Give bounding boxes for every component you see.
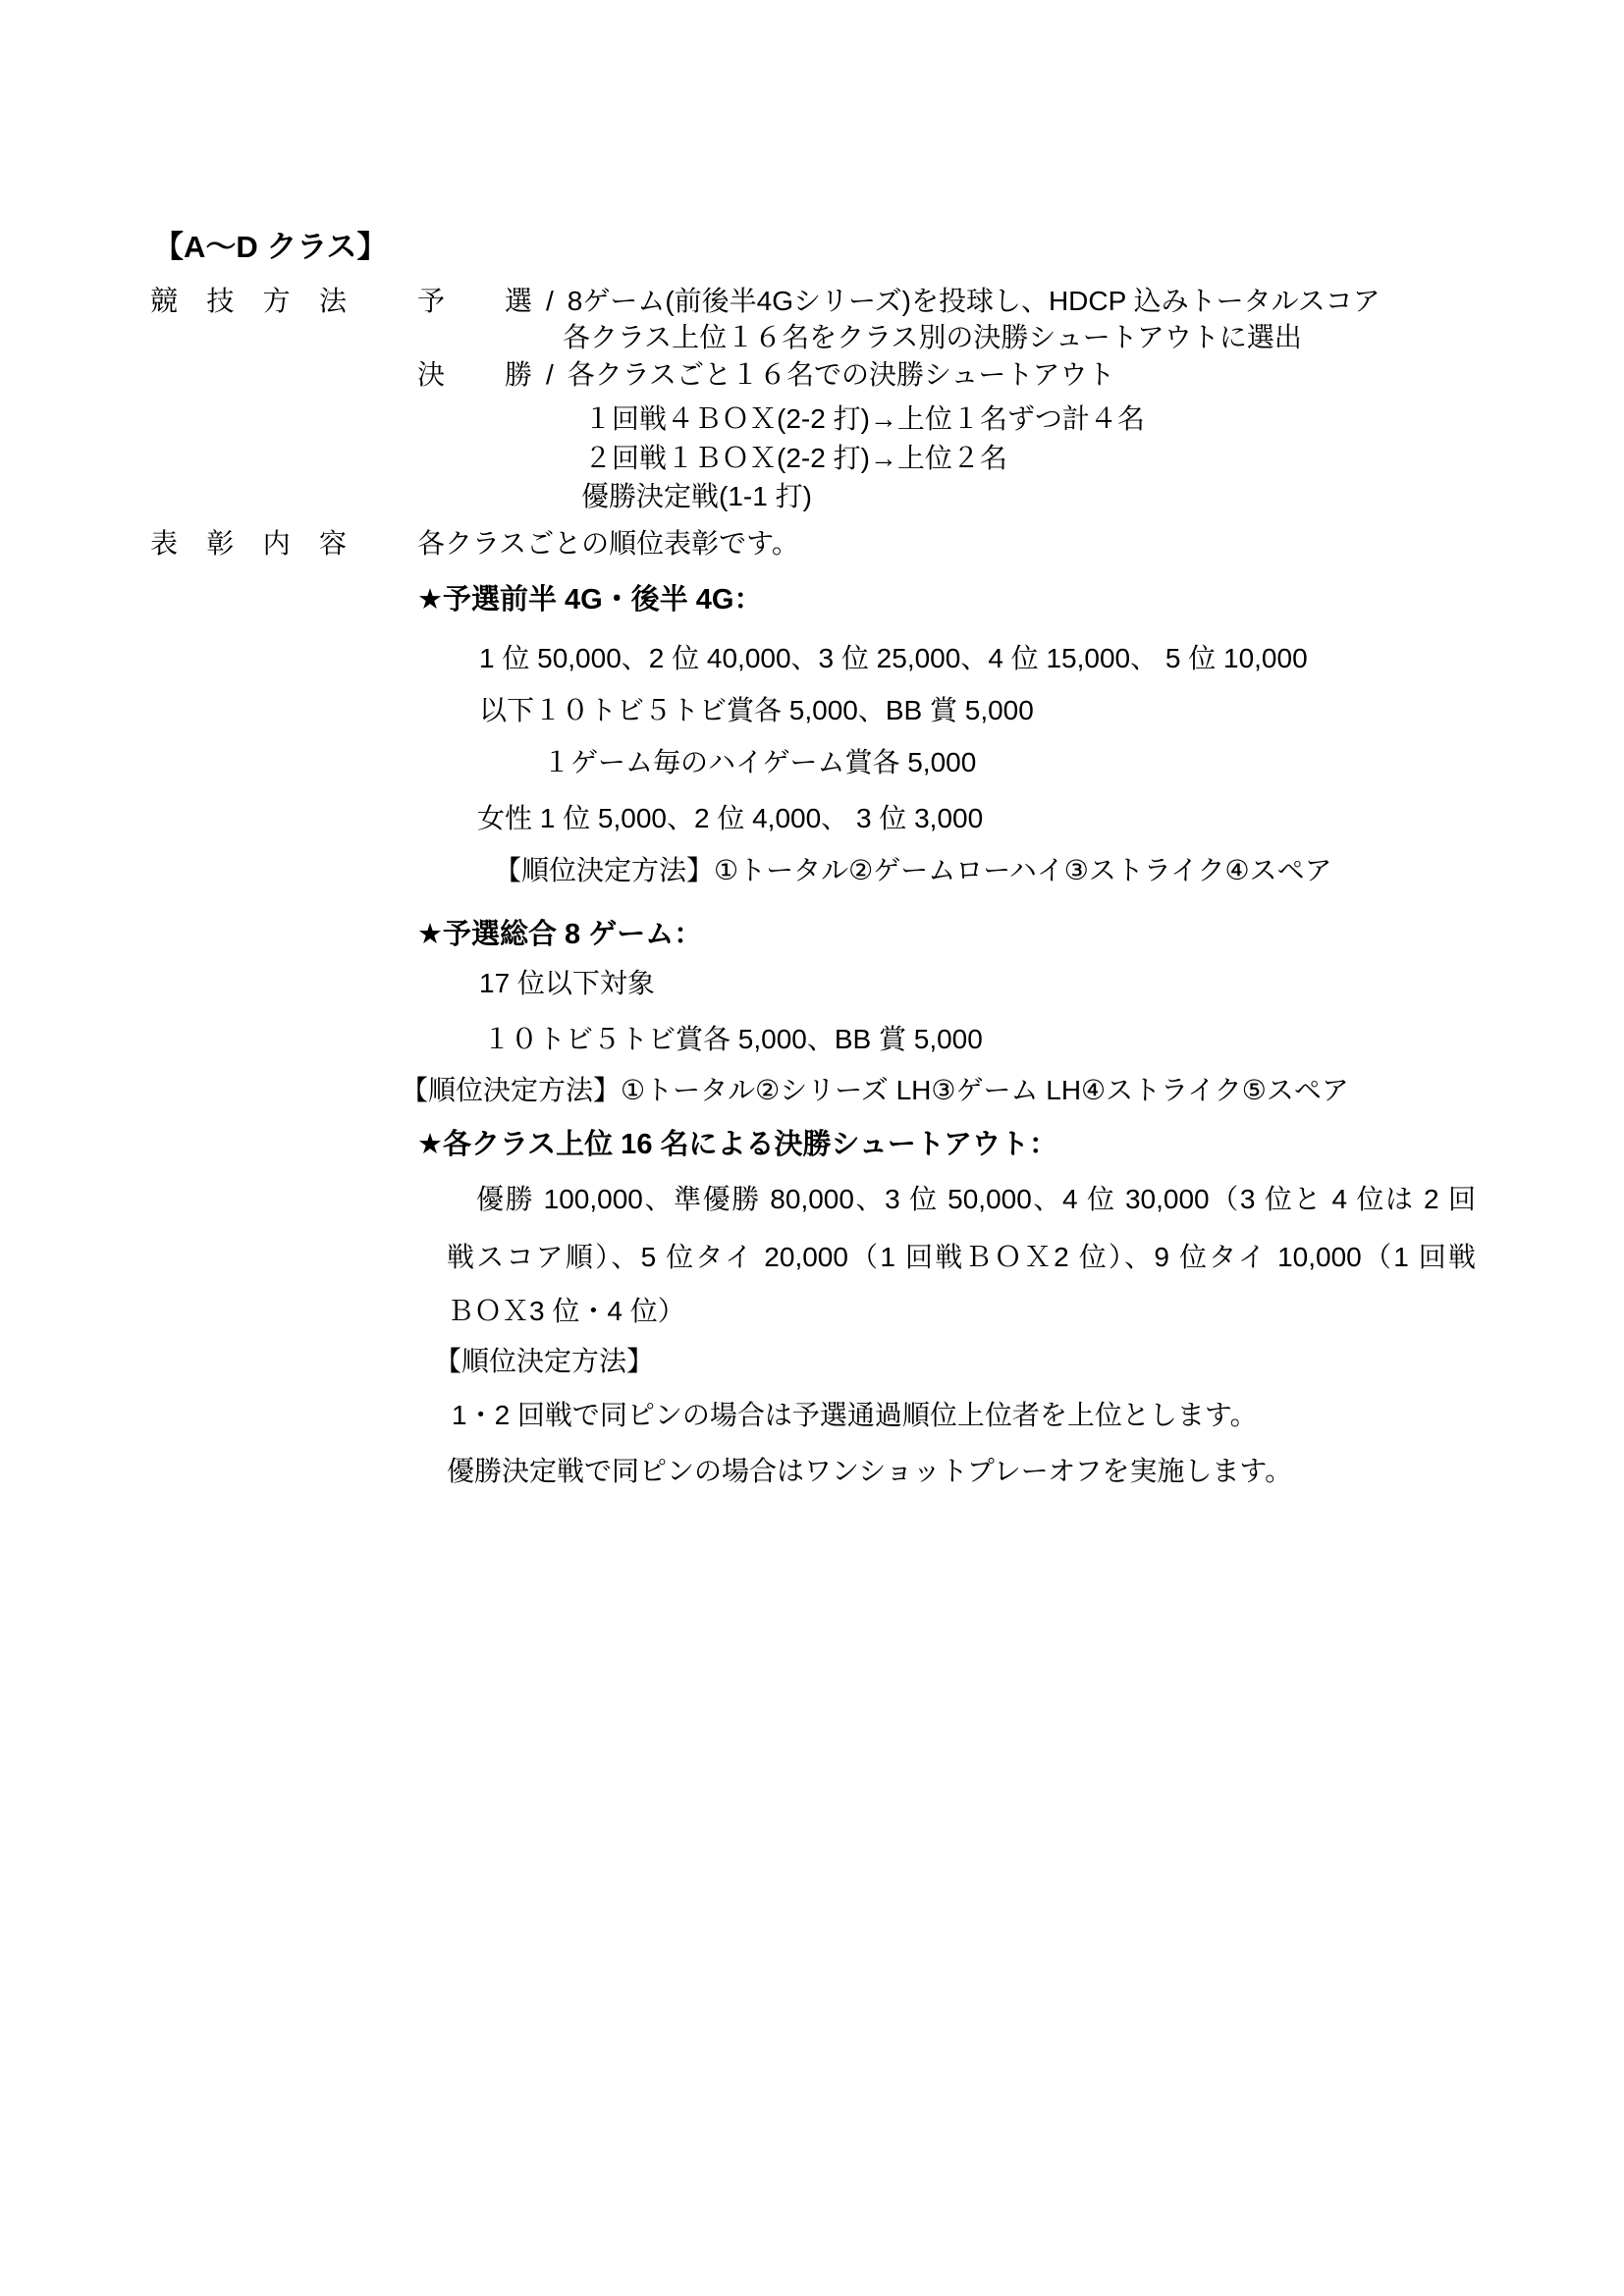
overall-target: 17 位以下対象 (479, 964, 655, 1003)
awards-label: 表彰内容 (150, 524, 347, 563)
first-half-prizes: 1 位 50,000、2 位 40,000、3 位 25,000、4 位 15,… (479, 639, 1308, 678)
overall-tobi: １０トビ５トビ賞各 5,000、BB 賞 5,000 (483, 1020, 983, 1059)
first-half-women: 女性 1 位 5,000、2 位 4,000、 3 位 3,000 (477, 799, 983, 838)
qualifying-separator: / (546, 282, 554, 321)
page-title: 【A～D クラス】 (153, 226, 387, 269)
qualifying-note: 各クラス上位１６名をクラス別の決勝シュートアウトに選出 (563, 318, 1302, 357)
awards-intro: 各クラスごとの順位表彰です。 (417, 524, 799, 563)
shootout-prize-line-1: 優勝 100,000、準優勝 80,000、3 位 50,000、4 位 30,… (447, 1180, 1476, 1219)
section-shootout-heading: ★各クラス上位 16 名による決勝シュートアウト： (417, 1125, 1057, 1164)
first-half-high-game: １ゲーム毎のハイゲーム賞各 5,000 (543, 743, 976, 782)
document-page: 【A～D クラス】 競技方法 予選 / 8ゲーム(前後半4Gシリーズ)を投球し、… (0, 0, 1624, 2296)
shootout-ranking-heading: 【順位決定方法】 (434, 1342, 654, 1381)
first-half-ranking-rule: 【順位決定方法】①トータル②ゲームローハイ③ストライク④スペア (494, 851, 1332, 890)
shootout-ranking-rule-1: 1・2 回戦で同ピンの場合は予選通過順位上位者を上位とします。 (452, 1396, 1258, 1435)
section-first-half-heading: ★予選前半 4G・後半 4G： (417, 580, 762, 619)
shootout-ranking-rule-2: 優勝決定戦で同ピンの場合はワンショットプレーオフを実施します。 (447, 1452, 1292, 1491)
final-round-3: 優勝決定戦(1-1 打) (581, 477, 812, 516)
method-label: 競技方法 (150, 282, 347, 321)
qualifying-text: 8ゲーム(前後半4Gシリーズ)を投球し、HDCP 込みトータルスコア (568, 282, 1380, 321)
method-qualifying-row: 予選 / 8ゲーム(前後半4Gシリーズ)を投球し、HDCP 込みトータルスコア (417, 282, 1380, 321)
final-text: 各クラスごと１６名での決勝シュートアウト (568, 355, 1115, 395)
final-term: 決勝 (417, 355, 532, 395)
shootout-prize-line-2: 戦スコア順）、5 位タイ 20,000（1 回戦ＢＯＸ2 位）、9 位タイ 10… (447, 1238, 1476, 1277)
overall-ranking-rule: 【順位決定方法】①トータル②シリーズ LH③ゲーム LH④ストライク⑤スペア (401, 1071, 1349, 1110)
method-final-row: 決勝 / 各クラスごと１６名での決勝シュートアウト (417, 355, 1115, 395)
final-round-1: １回戦４ＢＯＸ(2-2 打)→上位１名ずつ計４名 (584, 400, 1145, 439)
shootout-prize-line-3: ＢＯＸ3 位・4 位） (447, 1292, 685, 1331)
section-overall-heading: ★予選総合 8 ゲーム： (417, 915, 702, 954)
final-separator: / (546, 355, 554, 395)
qualifying-term: 予選 (417, 282, 532, 321)
final-round-2: ２回戦１ＢＯＸ(2-2 打)→上位２名 (584, 439, 1007, 478)
first-half-tobi: 以下１０トビ５トビ賞各 5,000、BB 賞 5,000 (479, 691, 1034, 730)
